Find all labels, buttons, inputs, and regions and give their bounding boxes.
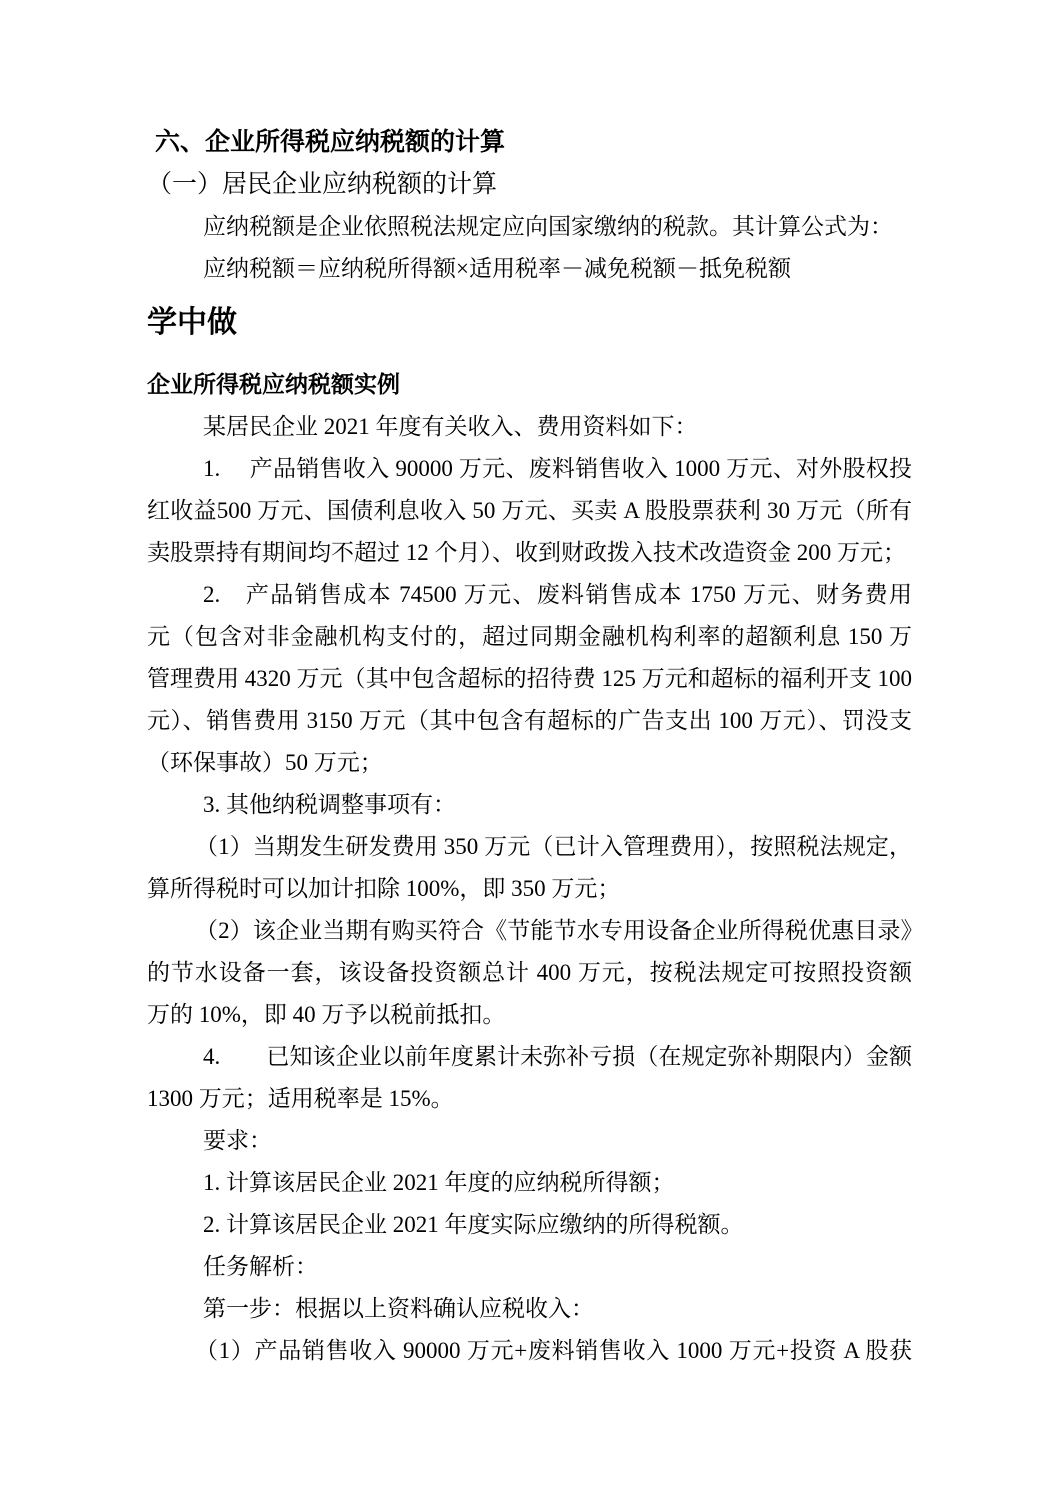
item-1-line-3: 卖股票持有期间均不超过 12 个月）、收到财政拨入技术改造资金 200 万元； xyxy=(147,532,912,574)
item-3-sub2-line-2: 的节水设备一套，该设备投资额总计 400 万元，按税法规定可按照投资额 400 xyxy=(147,952,912,994)
item-3-line-1: 3. 其他纳税调整事项有： xyxy=(147,784,912,826)
subsection-heading: （一）居民企业应纳税额的计算 xyxy=(147,164,912,206)
item-4-line-1: 4. 已知该企业以前年度累计未弥补亏损（在规定弥补期限内）金额为 xyxy=(147,1036,912,1078)
item-3-sub1-line-2: 算所得税时可以加计扣除 100%，即 350 万元； xyxy=(147,868,912,910)
learn-by-doing-heading: 学中做 xyxy=(147,300,912,346)
item-2-line-2: 元（包含对非金融机构支付的，超过同期金融机构利率的超额利息 150 万元）、 xyxy=(147,616,912,658)
item-2-line-5: （环保事故）50 万元； xyxy=(147,742,912,784)
formula-line: 应纳税额＝应纳税所得额×适用税率－减免税额－抵免税额 xyxy=(147,248,912,290)
item-2-line-1: 2. 产品销售成本 74500 万元、废料销售成本 1750 万元、财务费用 2… xyxy=(147,574,912,616)
example-intro-line: 某居民企业 2021 年度有关收入、费用资料如下： xyxy=(147,406,912,448)
item-3-sub2-line-3: 万的 10%，即 40 万予以税前抵扣。 xyxy=(147,994,912,1036)
section-heading: 六、企业所得税应纳税额的计算 xyxy=(147,122,912,164)
task-analysis-heading: 任务解析： xyxy=(147,1246,912,1288)
step-1-heading: 第一步：根据以上资料确认应税收入： xyxy=(147,1288,912,1330)
requirement-2: 2. 计算该居民企业 2021 年度实际应缴纳的所得税额。 xyxy=(147,1204,912,1246)
item-1-line-2: 红收益500 万元、国债利息收入 50 万元、买卖 A 股股票获利 30 万元（… xyxy=(147,490,912,532)
item-3-sub1-line-1: （1）当期发生研发费用 350 万元（已计入管理费用），按照税法规定，计 xyxy=(147,826,912,868)
item-2-line-4: 元）、销售费用 3150 万元（其中包含有超标的广告支出 100 万元）、罚没支… xyxy=(147,700,912,742)
requirements-heading: 要求： xyxy=(147,1120,912,1162)
step-1-calc-line-1: （1）产品销售收入 90000 万元+废料销售收入 1000 万元+投资 A 股… xyxy=(147,1330,912,1372)
item-2-line-3: 管理费用 4320 万元（其中包含超标的招待费 125 万元和超标的福利开支 1… xyxy=(147,658,912,700)
item-4-line-2: 1300 万元；适用税率是 15%。 xyxy=(147,1078,912,1120)
item-3-sub2-line-1: （2）该企业当期有购买符合《节能节水专用设备企业所得税优惠目录》中 xyxy=(147,910,912,952)
item-1-line-1: 1. 产品销售收入 90000 万元、废料销售收入 1000 万元、对外股权投资… xyxy=(147,448,912,490)
example-title: 企业所得税应纳税额实例 xyxy=(147,364,912,406)
document-content: 六、企业所得税应纳税额的计算（一）居民企业应纳税额的计算应纳税额是企业依照税法规… xyxy=(147,122,912,1372)
requirement-1: 1. 计算该居民企业 2021 年度的应纳税所得额； xyxy=(147,1162,912,1204)
document-page: 六、企业所得税应纳税额的计算（一）居民企业应纳税额的计算应纳税额是企业依照税法规… xyxy=(0,0,1059,1497)
intro-line: 应纳税额是企业依照税法规定应向国家缴纳的税款。其计算公式为： xyxy=(147,206,912,248)
